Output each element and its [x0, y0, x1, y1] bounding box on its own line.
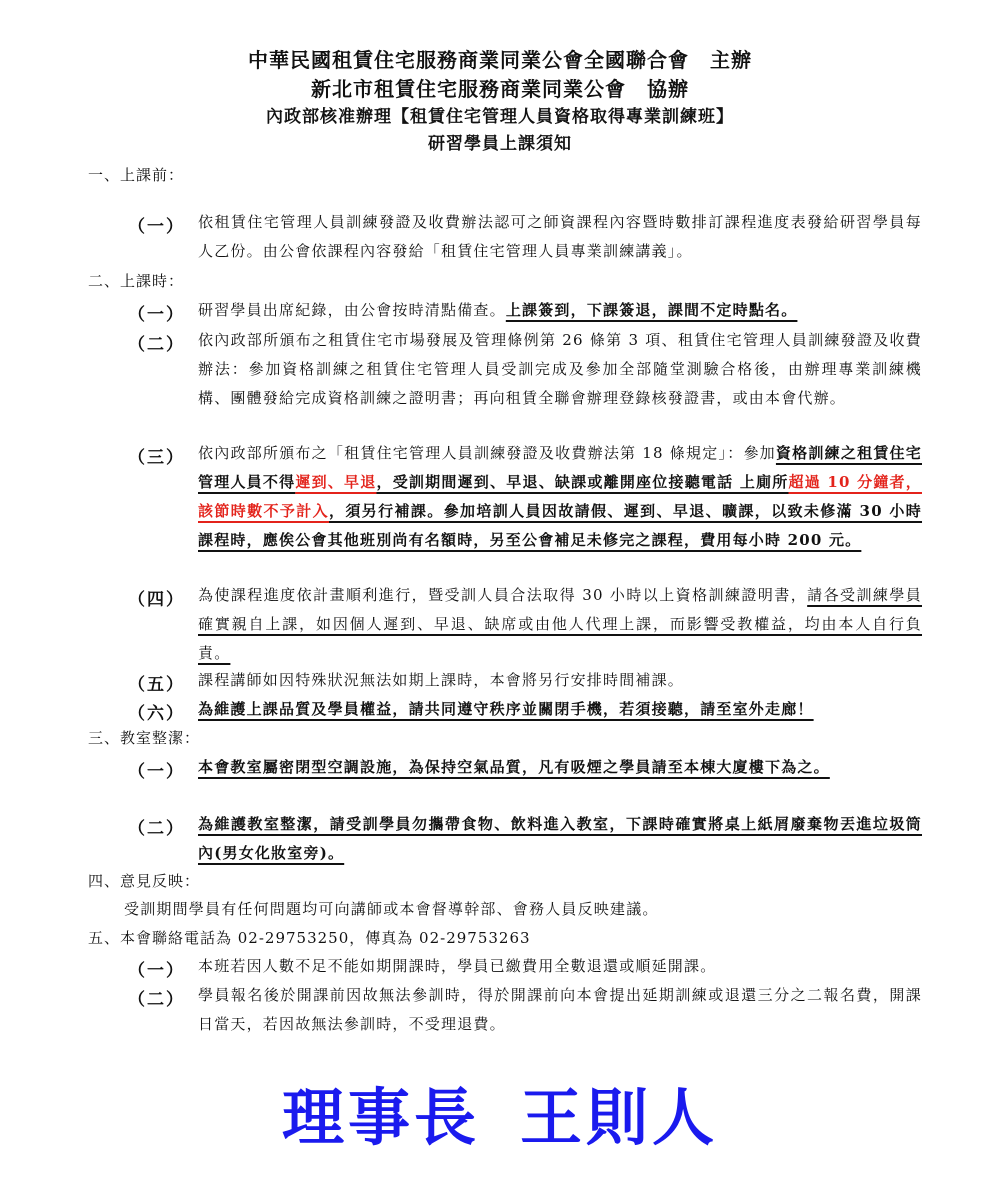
item-number: （一）: [128, 757, 185, 782]
item-text: 為使課程進度依計畫順利進行，暨受訓人員合法取得 30 小時以上資格訓練證明書，: [198, 586, 807, 604]
signature-title: 理事長: [282, 1081, 480, 1154]
section-heading-contact: 五、本會聯絡電話為 02-29753250，傳真為 02-29753263: [88, 927, 531, 948]
item-text: 學員報名後於開課前因故無法參訓時，得於開課前向本會提出延期訓練或退還三分之二報名…: [198, 981, 922, 1039]
item-number: （二）: [128, 814, 185, 839]
item-text: 本班若因人數不足不能如期開課時，學員已繳費用全數退還或順延開課。: [198, 952, 922, 981]
signature-name: 王則人: [520, 1081, 718, 1154]
item-number: （一）: [128, 212, 185, 237]
course-title: 內政部核准辦理【租賃住宅管理人員資格取得專業訓練班】: [0, 102, 1000, 127]
item-number: （一）: [128, 300, 185, 325]
smoking-rule: 本會教室屬密閉型空調設施，為保持空氣品質，凡有吸煙之學員請至本棟大廈樓下為之。: [198, 758, 830, 776]
item-text: 依內政部所頒布之租賃住宅市場發展及管理條例第 26 條第 3 項、租賃住宅管理人…: [198, 326, 922, 413]
co-organizer-line: 新北市租賃住宅服務商業同業公會 協辦: [0, 73, 1000, 102]
feedback-text: 受訓期間學員有任何問題均可向講師或本會督導幹部、會務人員反映建議。: [124, 898, 659, 919]
phone-rule-emphasis: 為維護上課品質及學員權益，請共同遵守秩序並關閉手機，若須接聽，請至室外走廊！: [198, 700, 814, 718]
section-heading-before-class: 一、上課前：: [88, 164, 184, 185]
document-title: 研習學員上課須知: [0, 129, 1000, 154]
item-text: 課程講師如因特殊狀況無法如期上課時，本會將另行安排時間補課。: [198, 666, 922, 695]
attendance-rule-emphasis: 上課簽到，下課簽退，課間不定時點名。: [506, 301, 798, 319]
late-early-warning: 遲到、早退: [295, 473, 376, 491]
item-number: （四）: [128, 585, 185, 610]
chairman-signature: 理事長王則人: [0, 1068, 1000, 1157]
item-text: 依內政部所頒布之「租賃住宅管理人員訓練發證及收費辦法第 18 條規定」：參加: [198, 444, 776, 462]
section-heading-during-class: 二、上課時：: [88, 270, 184, 291]
organizer-line: 中華民國租賃住宅服務商業同業公會全國聯合會 主辦: [0, 44, 1000, 73]
item-text: 研習學員出席紀錄，由公會按時清點備查。: [198, 301, 506, 319]
item-number: （二）: [128, 330, 185, 355]
item-number: （六）: [128, 699, 185, 724]
section-heading-feedback: 四、意見反映：: [88, 870, 200, 891]
item-text: 依租賃住宅管理人員訓練發證及收費辦法認可之師資課程內容暨時數排訂課程進度表發給研…: [198, 208, 922, 266]
notice-document: 中華民國租賃住宅服務商業同業公會全國聯合會 主辦 新北市租賃住宅服務商業同業公會…: [0, 0, 1000, 1188]
item-number: （一）: [128, 956, 185, 981]
item-number: （五）: [128, 670, 185, 695]
rule-emphasis: ，受訓期間遲到、早退、缺課或離開座位接聽電話 上廁所: [376, 473, 788, 491]
item-number: （二）: [128, 985, 185, 1010]
food-rule: 為維護教室整潔，請受訓學員勿攜帶食物、飲料進入教室，下課時確實將桌上紙屑廢棄物丟…: [198, 815, 922, 862]
section-heading-classroom: 三、教室整潔：: [88, 727, 200, 748]
item-number: （三）: [128, 443, 185, 468]
